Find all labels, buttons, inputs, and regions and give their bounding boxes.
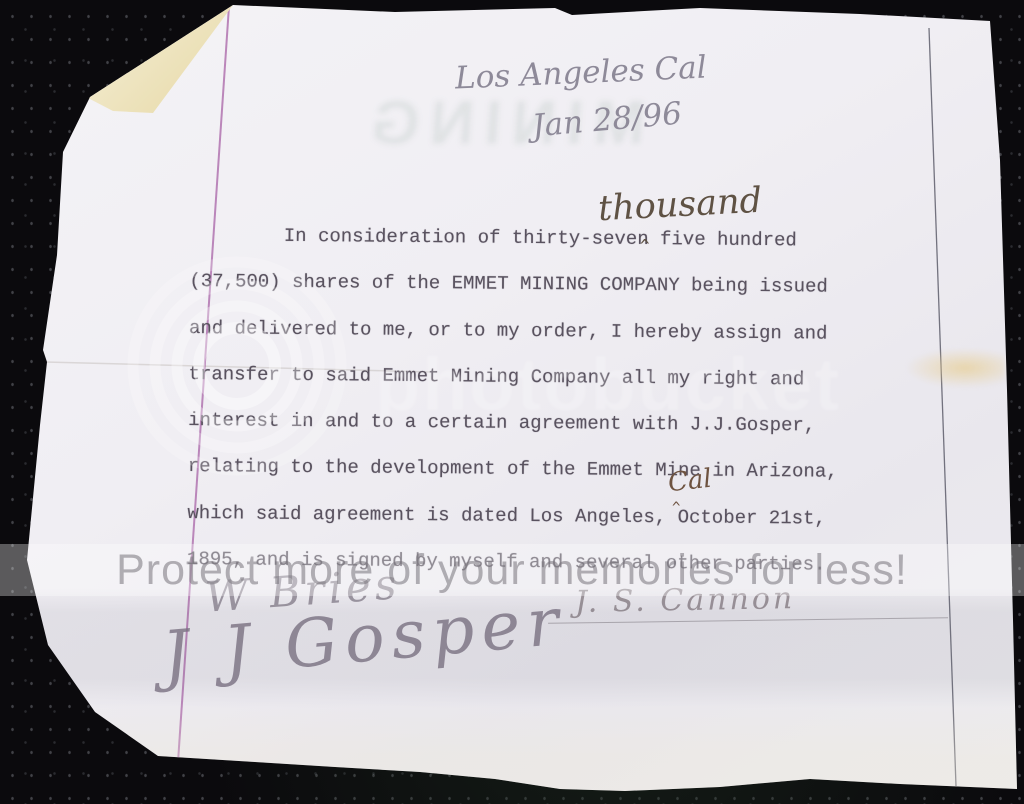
handwritten-insertion-thousand: thousand	[597, 181, 763, 230]
typed-line: In consideration of thirty-seven five hu…	[190, 212, 910, 265]
caret-mark: ^	[640, 236, 650, 255]
typed-line: which said agreement is dated Los Angele…	[187, 490, 907, 543]
handwritten-insertion-cal: Cal	[667, 464, 714, 498]
shadow-band	[0, 588, 1024, 708]
handwritten-place: Los Angeles Cal	[454, 50, 707, 97]
typed-line: relating to the development of the Emmet…	[188, 443, 908, 496]
watermark-banner-text: Protect more of your memories for less!	[116, 546, 908, 595]
watermark-banner: Protect more of your memories for less!	[0, 544, 1024, 596]
tape-stain	[905, 348, 1005, 388]
bottom-tint	[0, 700, 1024, 792]
folded-corner	[85, 0, 245, 120]
photobucket-brand-watermark: photobucket	[375, 342, 915, 427]
photo-of-document: MINING Los Angeles Cal Jan 28/96 In cons…	[0, 0, 1024, 804]
typed-line: (37,500) shares of the EMMET MINING COMP…	[189, 258, 909, 311]
caret-mark: ^	[672, 500, 680, 516]
